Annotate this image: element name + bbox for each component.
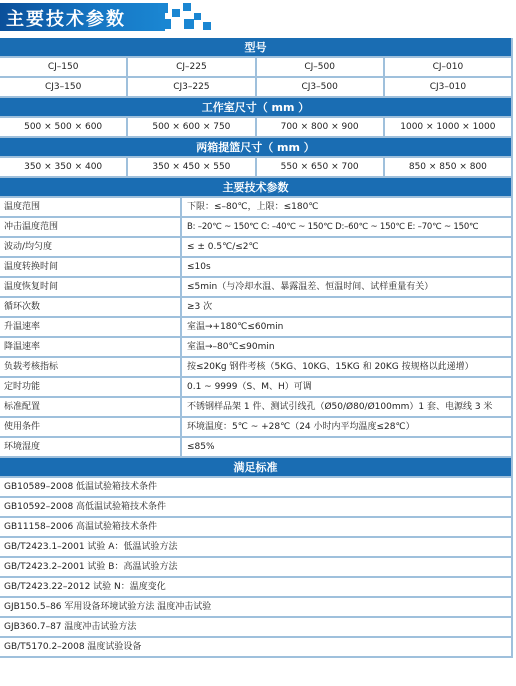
spec-label: 温度恢复时间 xyxy=(0,278,182,296)
spec-value: 下限：≤–80℃，上限：≤180℃ xyxy=(182,198,511,216)
spec-label: 负载考核指标 xyxy=(0,358,182,376)
spec-value: ≥3 次 xyxy=(182,298,511,316)
standards-header: 满足标准 xyxy=(0,458,511,478)
basket-size-cell: 850 × 850 × 800 xyxy=(385,158,511,176)
spec-value: 不锈钢样品架 1 件、测试引线孔（Ø50/Ø80/Ø100mm）1 套、电源线 … xyxy=(182,398,511,416)
table-row: CJ–150 CJ–225 CJ–500 CJ–010 xyxy=(0,58,511,78)
spec-label: 使用条件 xyxy=(0,418,182,436)
model-cell: CJ3–010 xyxy=(385,78,511,96)
spec-label: 冲击温度范围 xyxy=(0,218,182,236)
table-row: 负载考核指标按≤20Kg 钢件考核（5KG、10KG、15KG 和 20KG 按… xyxy=(0,358,511,378)
models-header: 型号 xyxy=(0,38,511,58)
chamber-size-cell: 700 × 800 × 900 xyxy=(257,118,385,136)
table-row: 温度范围下限：≤–80℃，上限：≤180℃ xyxy=(0,198,511,218)
standard-item: GB/T5170.2–2008 温度试验设备 xyxy=(0,638,511,658)
spec-label: 标准配置 xyxy=(0,398,182,416)
table-row: 波动/均匀度≤ ± 0.5℃/≤2℃ xyxy=(0,238,511,258)
table-row: 使用条件环境温度：5℃ ~ +28℃（24 小时内平均温度≤28℃） xyxy=(0,418,511,438)
chamber-size-cell: 500 × 600 × 750 xyxy=(128,118,256,136)
spec-value: ≤10s xyxy=(182,258,511,276)
page-title: 主要技术参数 xyxy=(6,5,126,31)
table-row: 循环次数≥3 次 xyxy=(0,298,511,318)
model-cell: CJ–150 xyxy=(0,58,128,76)
chamber-size-cell: 500 × 500 × 600 xyxy=(0,118,128,136)
spec-label: 波动/均匀度 xyxy=(0,238,182,256)
spec-label: 温度范围 xyxy=(0,198,182,216)
standard-item: GB11158–2006 高温试验箱技术条件 xyxy=(0,518,511,538)
basket-size-header: 两箱提篮尺寸（ mm ） xyxy=(0,138,511,158)
basket-size-cell: 550 × 650 × 700 xyxy=(257,158,385,176)
table-row: 冲击温度范围B: –20℃ ~ 150℃ C: –40℃ ~ 150℃ D:–6… xyxy=(0,218,511,238)
section-title-banner: 主要技术参数 xyxy=(0,3,165,31)
basket-size-cell: 350 × 350 × 400 xyxy=(0,158,128,176)
standard-item: GB10589–2008 低温试验箱技术条件 xyxy=(0,478,511,498)
spec-label: 升温速率 xyxy=(0,318,182,336)
model-cell: CJ–010 xyxy=(385,58,511,76)
spec-value: ≤85% xyxy=(182,438,511,456)
standard-item: GJB150.5–86 军用设备环境试验方法 温度冲击试验 xyxy=(0,598,511,618)
standard-item: GB/T2423.2–2001 试验 B：高温试验方法 xyxy=(0,558,511,578)
table-row: 定时功能0.1 ~ 9999（S、M、H）可调 xyxy=(0,378,511,398)
spec-value: B: –20℃ ~ 150℃ C: –40℃ ~ 150℃ D:–60℃ ~ 1… xyxy=(182,218,511,236)
basket-size-cell: 350 × 450 × 550 xyxy=(128,158,256,176)
spec-value: 环境温度：5℃ ~ +28℃（24 小时内平均温度≤28℃） xyxy=(182,418,511,436)
table-row: 降温速率室温→–80℃≤90min xyxy=(0,338,511,358)
table-row: 温度转换时间≤10s xyxy=(0,258,511,278)
spec-label: 降温速率 xyxy=(0,338,182,356)
chamber-size-cell: 1000 × 1000 × 1000 xyxy=(385,118,511,136)
standard-item: GB/T2423.1–2001 试验 A：低温试验方法 xyxy=(0,538,511,558)
model-cell: CJ–500 xyxy=(257,58,385,76)
standard-item: GB10592–2008 高低温试验箱技术条件 xyxy=(0,498,511,518)
spec-value: ≤ ± 0.5℃/≤2℃ xyxy=(182,238,511,256)
model-cell: CJ3–225 xyxy=(128,78,256,96)
model-cell: CJ–225 xyxy=(128,58,256,76)
spec-label: 循环次数 xyxy=(0,298,182,316)
table-row: 温度恢复时间≤5min（与冷却水温、暴露温差、恒温时间、试样重量有关） xyxy=(0,278,511,298)
spec-value: 0.1 ~ 9999（S、M、H）可调 xyxy=(182,378,511,396)
spec-value: 室温→+180℃≤60min xyxy=(182,318,511,336)
model-cell: CJ3–500 xyxy=(257,78,385,96)
table-row: 升温速率室温→+180℃≤60min xyxy=(0,318,511,338)
spec-label: 环境湿度 xyxy=(0,438,182,456)
table-row: 标准配置不锈钢样品架 1 件、测试引线孔（Ø50/Ø80/Ø100mm）1 套、… xyxy=(0,398,511,418)
spec-label: 定时功能 xyxy=(0,378,182,396)
model-cell: CJ3–150 xyxy=(0,78,128,96)
standard-item: GJB360.7–87 温度冲击试验方法 xyxy=(0,618,511,638)
spec-value: 室温→–80℃≤90min xyxy=(182,338,511,356)
spec-table: 型号 CJ–150 CJ–225 CJ–500 CJ–010 CJ3–150 C… xyxy=(0,38,513,658)
specs-header: 主要技术参数 xyxy=(0,178,511,198)
table-row: 350 × 350 × 400 350 × 450 × 550 550 × 65… xyxy=(0,158,511,178)
standard-item: GB/T2423.22–2012 试验 N：温度变化 xyxy=(0,578,511,598)
chamber-size-header: 工作室尺寸（ mm ） xyxy=(0,98,511,118)
table-row: 环境湿度≤85% xyxy=(0,438,511,458)
table-row: CJ3–150 CJ3–225 CJ3–500 CJ3–010 xyxy=(0,78,511,98)
spec-value: ≤5min（与冷却水温、暴露温差、恒温时间、试样重量有关） xyxy=(182,278,511,296)
spec-label: 温度转换时间 xyxy=(0,258,182,276)
spec-value: 按≤20Kg 钢件考核（5KG、10KG、15KG 和 20KG 按规格以此递增… xyxy=(182,358,511,376)
table-row: 500 × 500 × 600 500 × 600 × 750 700 × 80… xyxy=(0,118,511,138)
